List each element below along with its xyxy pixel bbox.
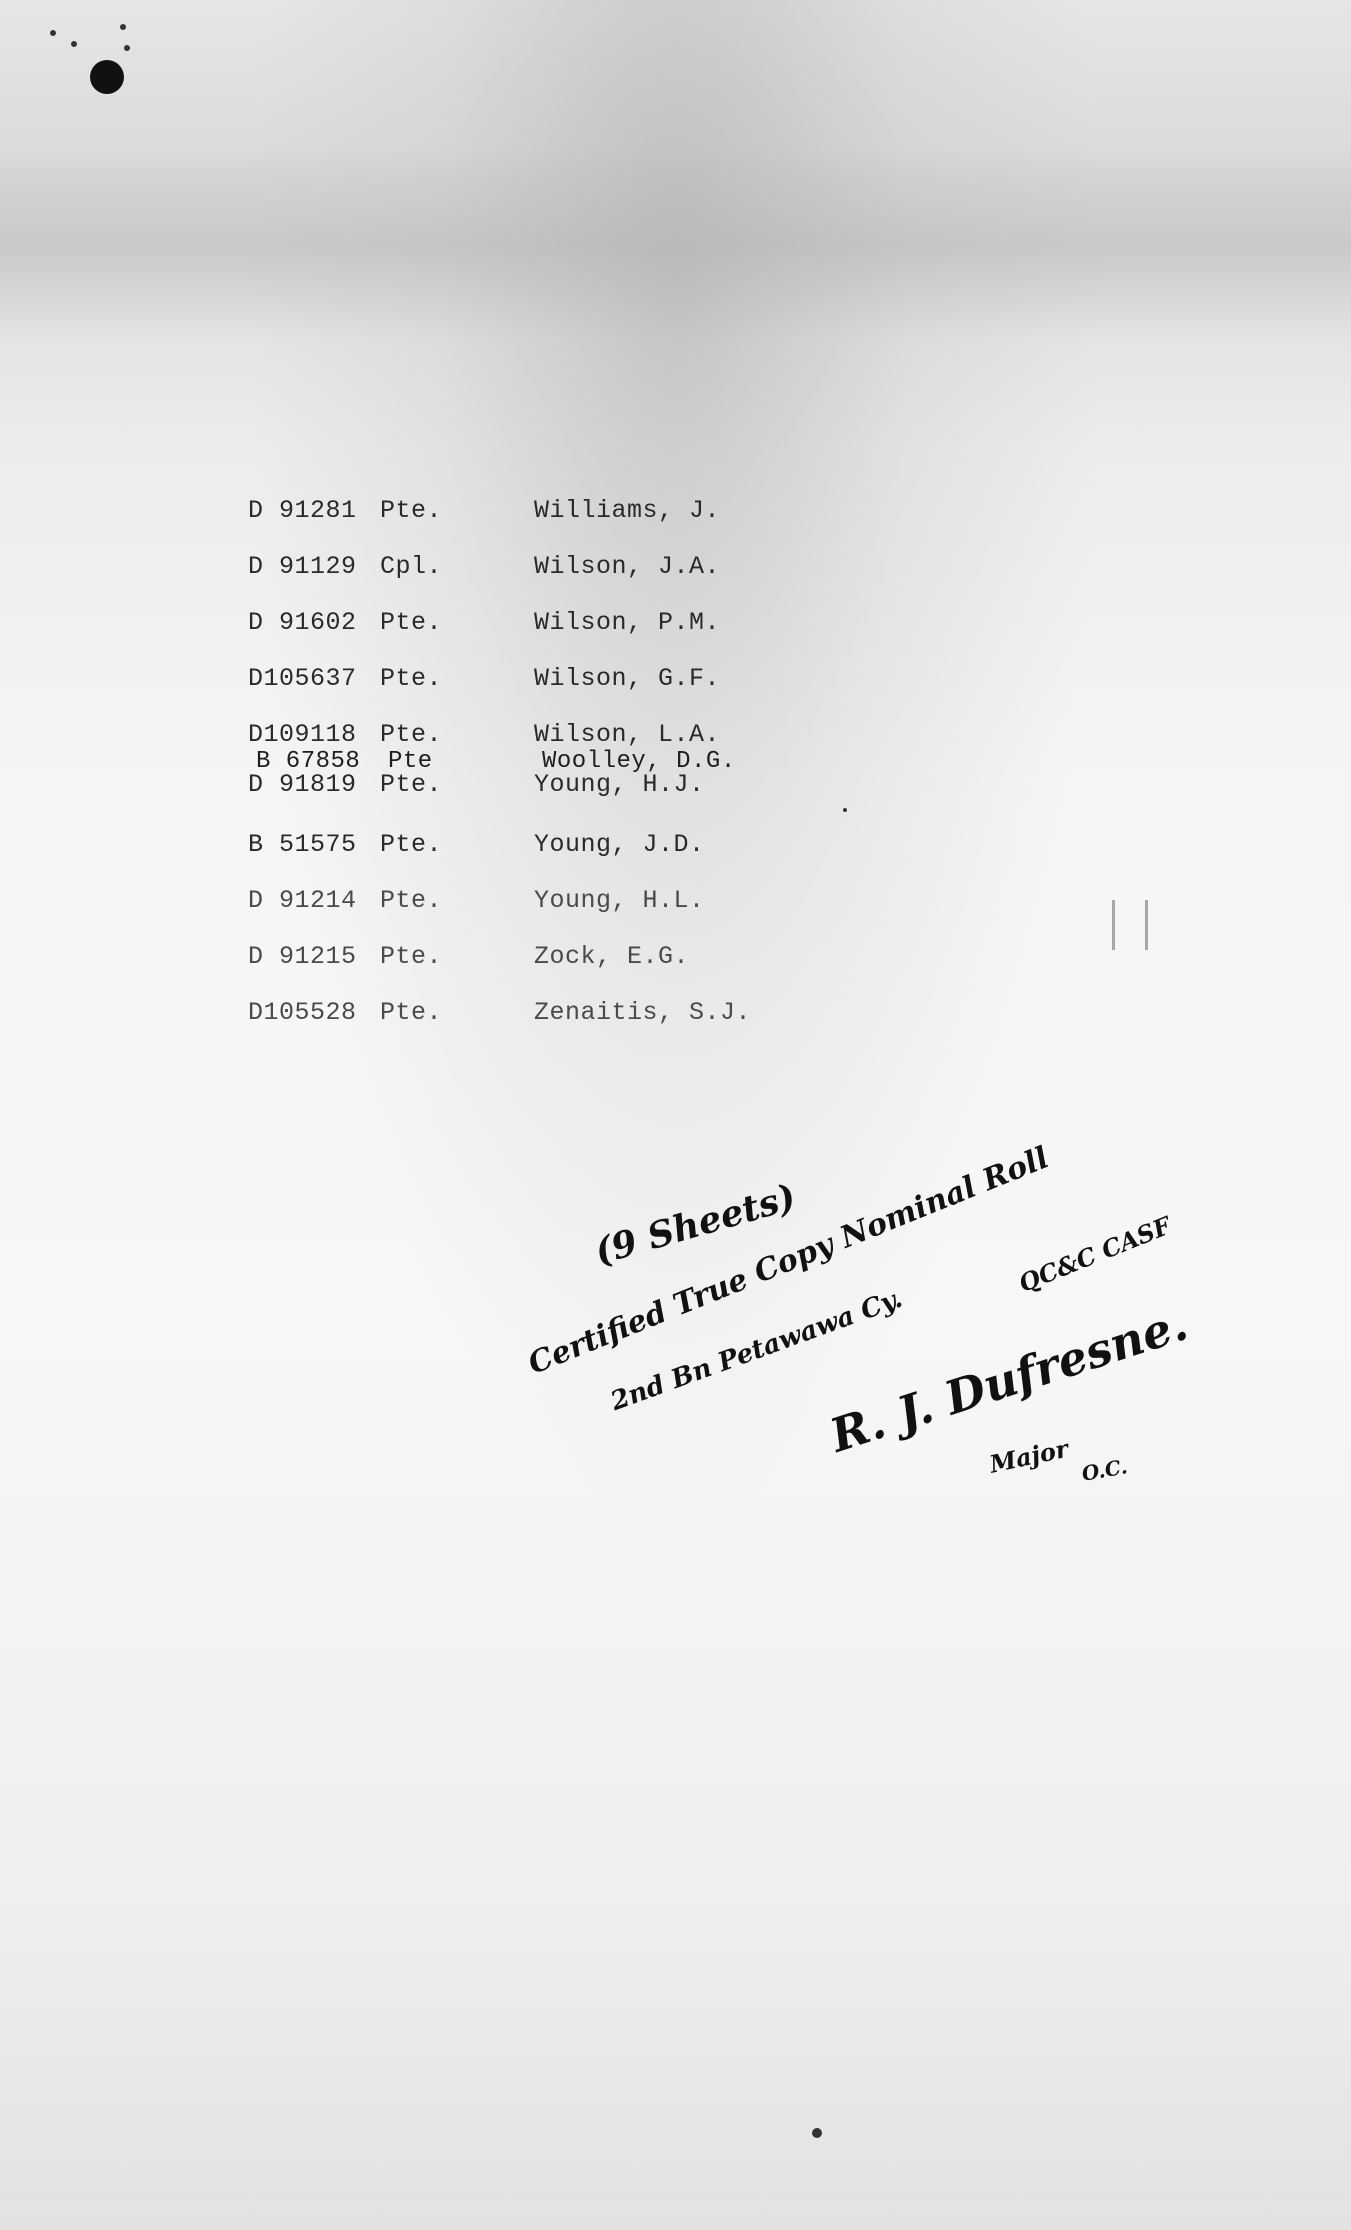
soldier-name: Williams, J. [534, 496, 720, 525]
soldier-name: Wilson, J.A. [534, 552, 720, 581]
rank: Pte. [380, 608, 442, 637]
scan-shadow [0, 150, 1351, 340]
service-number: D 91129 [248, 552, 378, 581]
soldier-name: Young, H.L. [534, 886, 705, 915]
punch-hole [90, 60, 124, 94]
rank: Pte. [380, 998, 442, 1027]
rank: Pte. [380, 496, 442, 525]
soldier-name: Wilson, P.M. [534, 608, 720, 637]
rank: Pte. [380, 830, 442, 859]
margin-mark [1112, 900, 1148, 950]
service-number: D 91602 [248, 608, 378, 637]
speck [124, 45, 130, 51]
service-number: D105528 [248, 998, 378, 1027]
rank: Pte. [380, 664, 442, 693]
service-number: D 91215 [248, 942, 378, 971]
speck [843, 808, 847, 812]
rank: Pte. [380, 942, 442, 971]
document-page: D 91281 Pte. Williams, J. D 91129 Cpl. W… [0, 0, 1351, 2230]
speck [50, 30, 56, 36]
signatory-title: Major [987, 1434, 1071, 1479]
rank: Pte. [380, 720, 442, 749]
rank: Pte. [380, 886, 442, 915]
rank: Cpl. [380, 552, 442, 581]
service-number: D 91281 [248, 496, 378, 525]
soldier-name: Young, H.J. [534, 770, 705, 799]
service-number: D105637 [248, 664, 378, 693]
soldier-name: Zock, E.G. [534, 942, 689, 971]
rank: Pte. [380, 770, 442, 799]
service-number: D109118 [248, 720, 378, 749]
service-number: D 91214 [248, 886, 378, 915]
service-number: B 51575 [248, 830, 378, 859]
speck [120, 24, 126, 30]
speck [71, 41, 77, 47]
soldier-name: Wilson, G.F. [534, 664, 720, 693]
soldier-name: Young, J.D. [534, 830, 705, 859]
corps-line: QC&C CASF [1015, 1211, 1175, 1298]
soldier-name: Wilson, L.A. [534, 720, 720, 749]
signatory-suffix: O.C. [1080, 1454, 1129, 1486]
soldier-name: Zenaitis, S.J. [534, 998, 751, 1027]
speck [812, 2128, 822, 2138]
service-number: D 91819 [248, 770, 378, 799]
